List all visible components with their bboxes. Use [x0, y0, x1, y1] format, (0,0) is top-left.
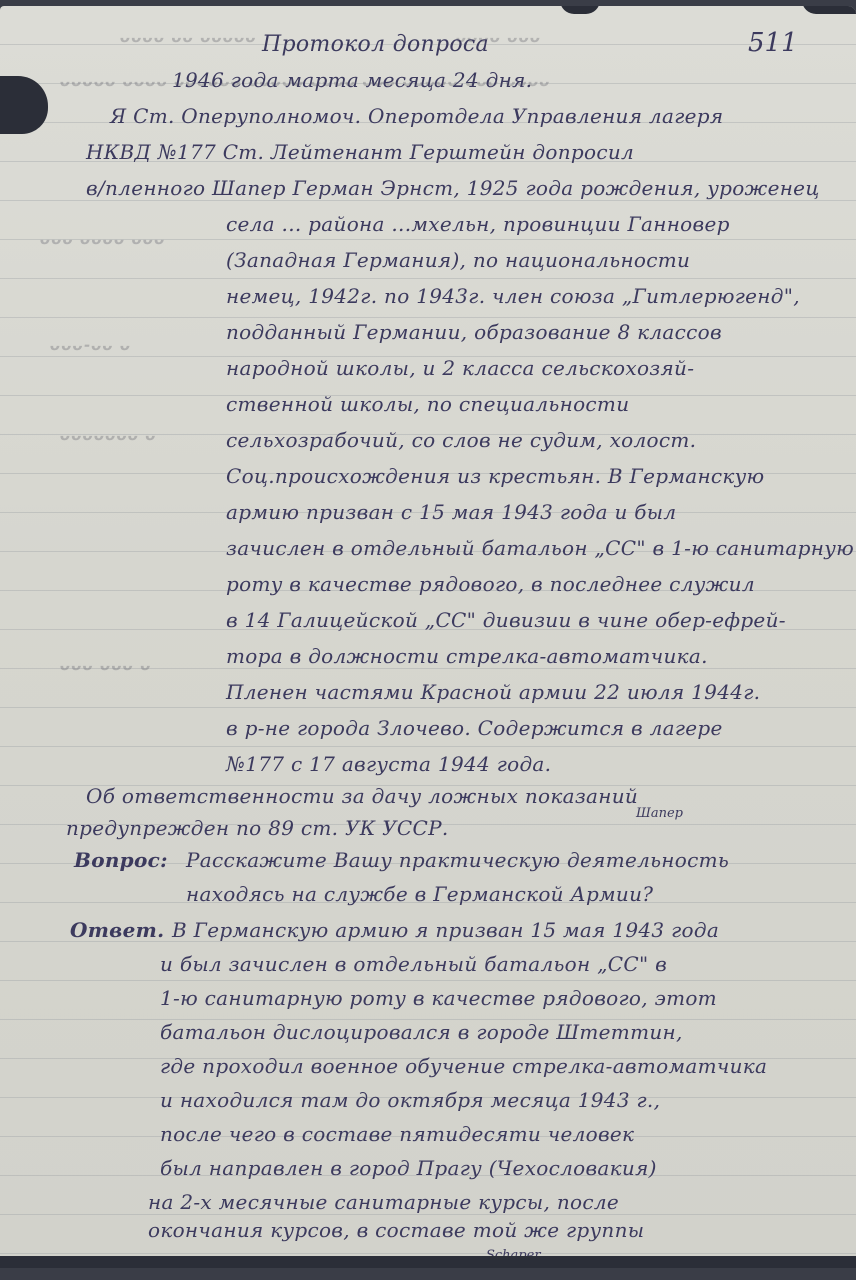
- answer-line: окончания курсов, в составе той же групп…: [148, 1218, 644, 1242]
- torn-edge: [560, 6, 600, 14]
- prisoner-info-line: народной школы, и 2 класса сельскохозяй-: [226, 356, 694, 380]
- answer-line: и находился там до октября месяца 1943 г…: [160, 1088, 660, 1112]
- prisoner-info-line: тора в должности стрелка-автоматчика.: [226, 644, 708, 668]
- answer-line: где проходил военное обучение стрелка-ав…: [160, 1054, 767, 1078]
- page-number: 511: [748, 28, 798, 58]
- bleed-through-text: ᴗᴗᴗ ᴗᴗᴗ ᴗ: [59, 656, 153, 674]
- prisoner-info-line: Соц.происхождения из крестьян. В Германс…: [226, 464, 764, 488]
- question-label: Вопрос:: [74, 848, 168, 872]
- prisoner-info-line: в р-не города Злочево. Содержится в лаге…: [226, 716, 723, 740]
- question-line: находясь на службе в Германской Армии?: [186, 882, 653, 906]
- prisoner-info-line: сельхозрабочий, со слов не судим, холост…: [226, 428, 696, 452]
- prisoner-info-line: села ... района ...мхельн, провинции Ган…: [226, 212, 730, 236]
- bleed-through-text: ᴗᴗᴗᴗᴗᴗᴗ ᴗ: [59, 426, 158, 444]
- answer-line: В Германскую армию я призван 15 мая 1943…: [172, 918, 719, 942]
- torn-edge: [0, 76, 48, 134]
- prisoner-info-line: роту в качестве рядового, в последнее сл…: [226, 572, 755, 596]
- prisoner-info-line: подданный Германии, образование 8 классо…: [226, 320, 722, 344]
- question-line: Расскажите Вашу практическую деятельност…: [186, 848, 729, 872]
- warning-line: предупрежден по 89 ст. УК УССР.: [66, 816, 449, 840]
- answer-line: на 2-х месячные санитарные курсы, после: [148, 1190, 619, 1214]
- answer-label: Ответ.: [70, 918, 164, 942]
- answer-line: и был зачислен в отдельный батальон „СС"…: [160, 952, 667, 976]
- document-page: ᴗᴗᴗᴗ ᴗᴗ ᴗᴗᴗᴗᴗ ᴗᴗᴗᴗ ᴗᴗᴗ ᴗᴗᴗᴗᴗ ᴗᴗᴗᴗ ᴗᴗᴗᴗᴗᴗ…: [0, 6, 856, 1268]
- prisoner-info-line: ственной школы, по специальности: [226, 392, 629, 416]
- warning-line: Об ответственности за дачу ложных показа…: [86, 784, 638, 808]
- prisoner-info-line: в/пленного Шапер Герман Эрнст, 1925 года…: [86, 176, 820, 200]
- prisoner-info-line: в 14 Галицейской „СС" дивизии в чине обе…: [226, 608, 786, 632]
- signature: Шапер: [636, 806, 683, 821]
- prisoner-info-line: немец, 1942г. по 1943г. член союза „Гитл…: [226, 284, 800, 308]
- prisoner-info-line: зачислен в отдельный батальон „СС" в 1-ю…: [226, 536, 854, 560]
- bleed-through-text: ᴗᴗᴗ-ᴗᴗ ᴗ: [49, 336, 133, 354]
- date-line: 1946 года марта месяца 24 дня.: [172, 68, 532, 92]
- intro-line: НКВД №177 Ст. Лейтенант Герштейн допроси…: [86, 140, 634, 164]
- prisoner-info-line: Пленен частями Красной армии 22 июля 194…: [226, 680, 760, 704]
- answer-line: батальон дислоцировался в городе Штеттин…: [160, 1020, 683, 1044]
- answer-line: был направлен в город Прагу (Чехословаки…: [160, 1156, 657, 1180]
- bleed-through-text: ᴗᴗᴗ ᴗᴗᴗᴗ ᴗᴗᴗ: [39, 230, 167, 248]
- page-edge: [0, 1256, 856, 1268]
- torn-corner: [802, 6, 856, 14]
- document-title: Протокол допроса: [262, 32, 489, 57]
- prisoner-info-line: (Западная Германия), по национальности: [226, 248, 690, 272]
- prisoner-info-line: армию призван с 15 мая 1943 года и был: [226, 500, 676, 524]
- prisoner-info-line: №177 с 17 августа 1944 года.: [226, 752, 551, 776]
- answer-line: 1-ю санитарную роту в качестве рядового,…: [160, 986, 717, 1010]
- answer-line: после чего в составе пятидесяти человек: [160, 1122, 634, 1146]
- intro-line: Я Ст. Оперуполномоч. Оперотдела Управлен…: [110, 104, 723, 128]
